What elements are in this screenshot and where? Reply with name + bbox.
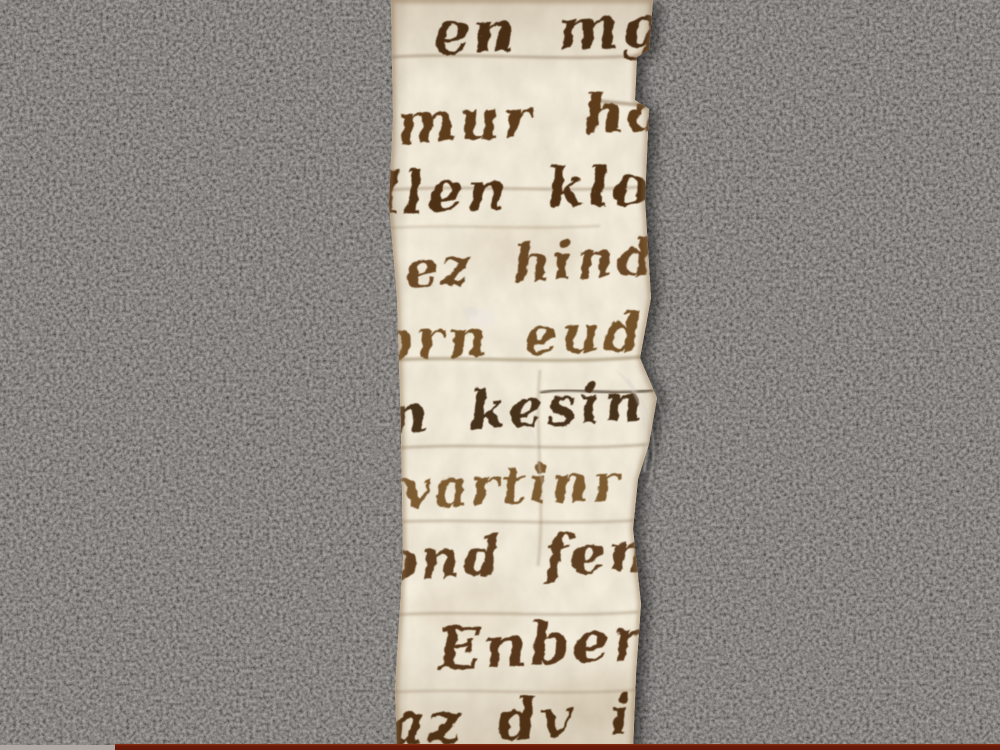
manuscript-text-line: mur ha [393,76,666,156]
photograph: en mge mur ha llen klo ez hind orn eud n… [0,0,1000,750]
crease-line [390,226,600,228]
manuscript-text-line: orn eud [374,298,643,371]
bottom-gray-edge [0,745,115,750]
manuscript-text-line: ond fem [378,517,668,591]
manuscript-text-line: llen klo [376,150,652,226]
manuscript-text-line: n kesin [385,368,645,445]
bottom-red-edge-highlight [115,744,1000,746]
manuscript-text-line: vartinr [398,450,622,519]
photo-canvas: en mge mur ha llen klo ez hind orn eud n… [0,0,1000,750]
